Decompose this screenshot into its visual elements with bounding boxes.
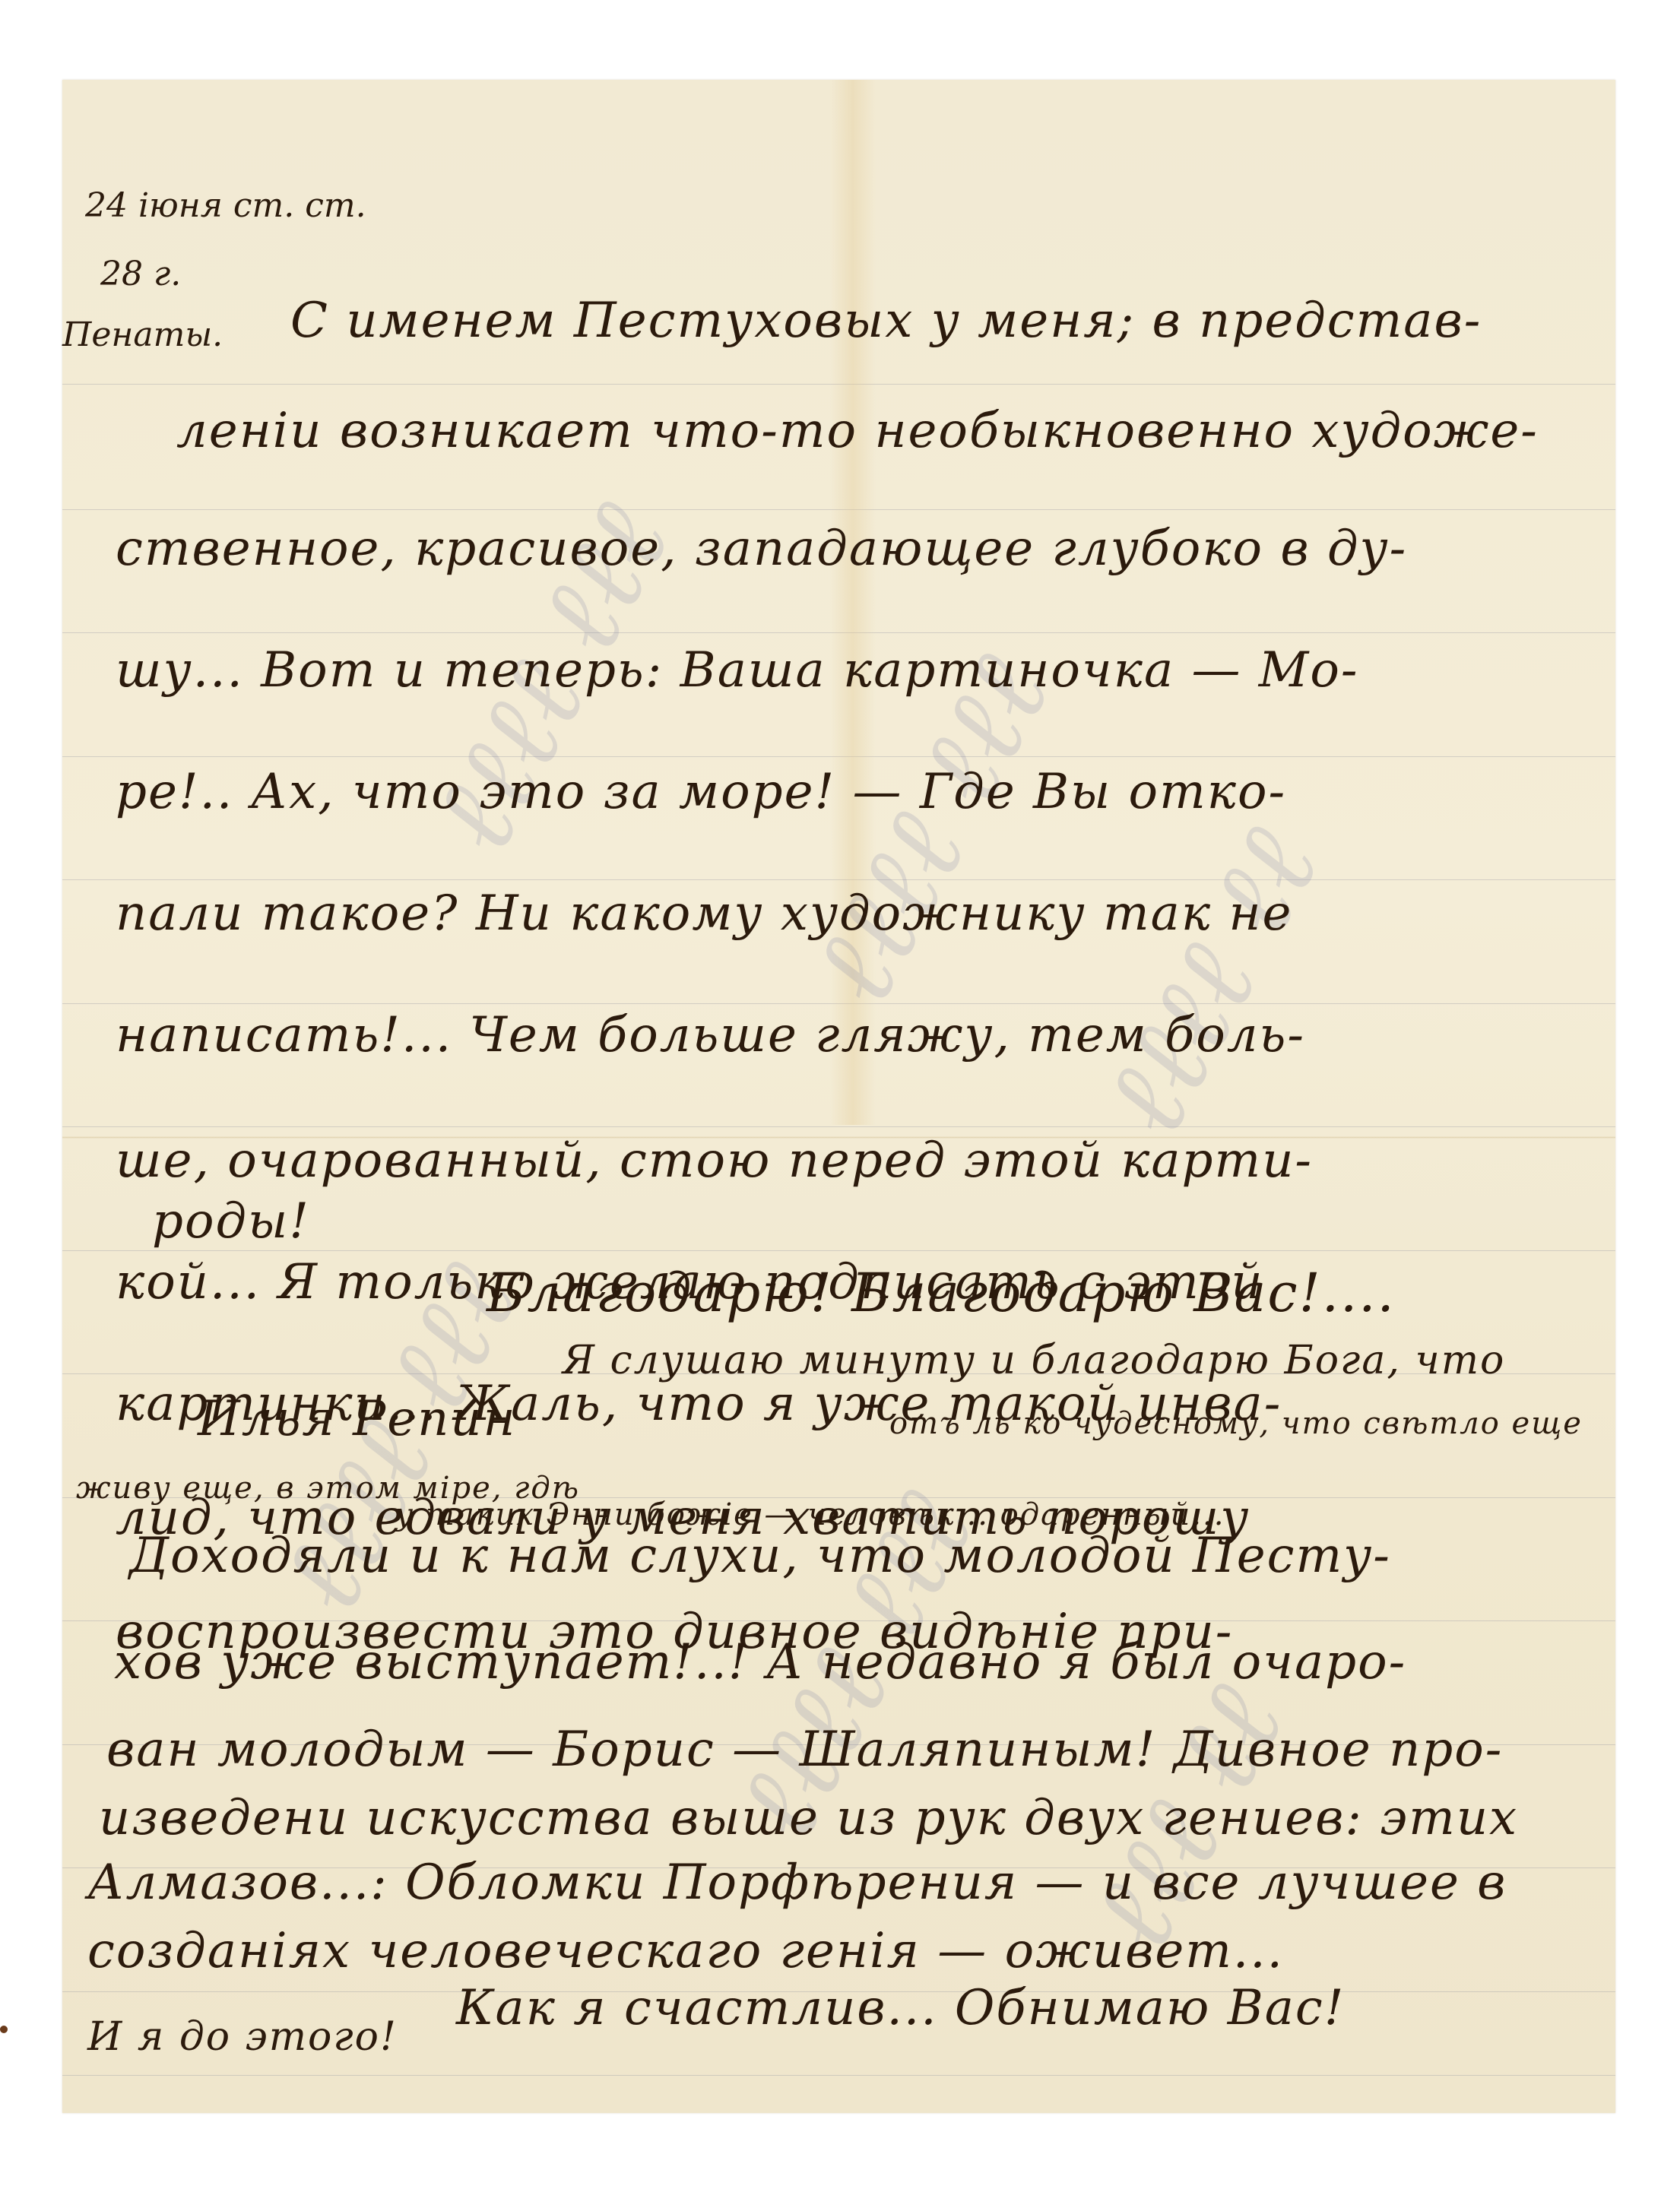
margin-signature: И я до этого! [87, 2014, 398, 2060]
ruled-line [62, 1250, 1615, 1251]
date-line: 24 іюня ст. ст. [85, 186, 366, 225]
body-line-7: написать!... Чем больше гляжу, тем боль- [116, 1007, 1305, 1063]
ink-spot [0, 2026, 8, 2033]
art-line: изведени искусства выше из рук двух гени… [99, 1790, 1518, 1846]
ruled-line [62, 1126, 1615, 1127]
closing-line: Как я счастлив... Обнимаю Вас! [456, 1980, 1345, 2036]
body-line-4: шу... Вот и теперь: Ваша картиночка — Мо… [116, 642, 1358, 699]
body-line-3: ственное, красивое, западающее глубоко в… [116, 521, 1407, 577]
almazov-line: Алмазов...: Обломки Порфѣрения — и все л… [87, 1855, 1507, 1911]
signature-ilya-repin: Илья Репин [198, 1391, 517, 1447]
fold-crease-vertical [830, 80, 876, 1125]
body-line-6: пали такое? Ни какому художнику так не [116, 885, 1292, 942]
god-line: Я слушаю минуту и благодарю Бога, что [563, 1338, 1505, 1383]
place-line: Пенаты. [62, 315, 223, 354]
bleed-through-ink: ℓℓℓℓ ℓℓ [1077, 809, 1345, 1155]
ruled-line [62, 2075, 1615, 2076]
body-line-2: леніи возникает что-то необыкновенно худ… [176, 403, 1539, 459]
perform-line: хов уже выступает!..! А недавно я был оч… [114, 1634, 1406, 1690]
ilya-insert-line: отъ ль ко чудесному, что свѣтло еще [889, 1406, 1583, 1441]
body-line-13-roda: роды! [152, 1193, 310, 1250]
creation-line: созданіях человеческаго генія — оживет..… [87, 1923, 1284, 1979]
body-line-1: С именем Пестуховых у меня; в представ- [290, 293, 1482, 349]
thanks-line: Благодарю! Благодарю Вас!.... [487, 1262, 1396, 1324]
body-line-5: ре!.. Ах, что это за море! — Где Вы отко… [116, 764, 1286, 820]
reach-line: Доходяли и к нам слухи, что молодой Пест… [129, 1528, 1391, 1584]
boris-line: ван молодым — Борис — Шаляпиным! Дивное … [106, 1722, 1503, 1778]
body-line-8: ше, очарованный, стою перед этой карти- [116, 1133, 1313, 1189]
year-line: 28 г. [100, 255, 181, 293]
